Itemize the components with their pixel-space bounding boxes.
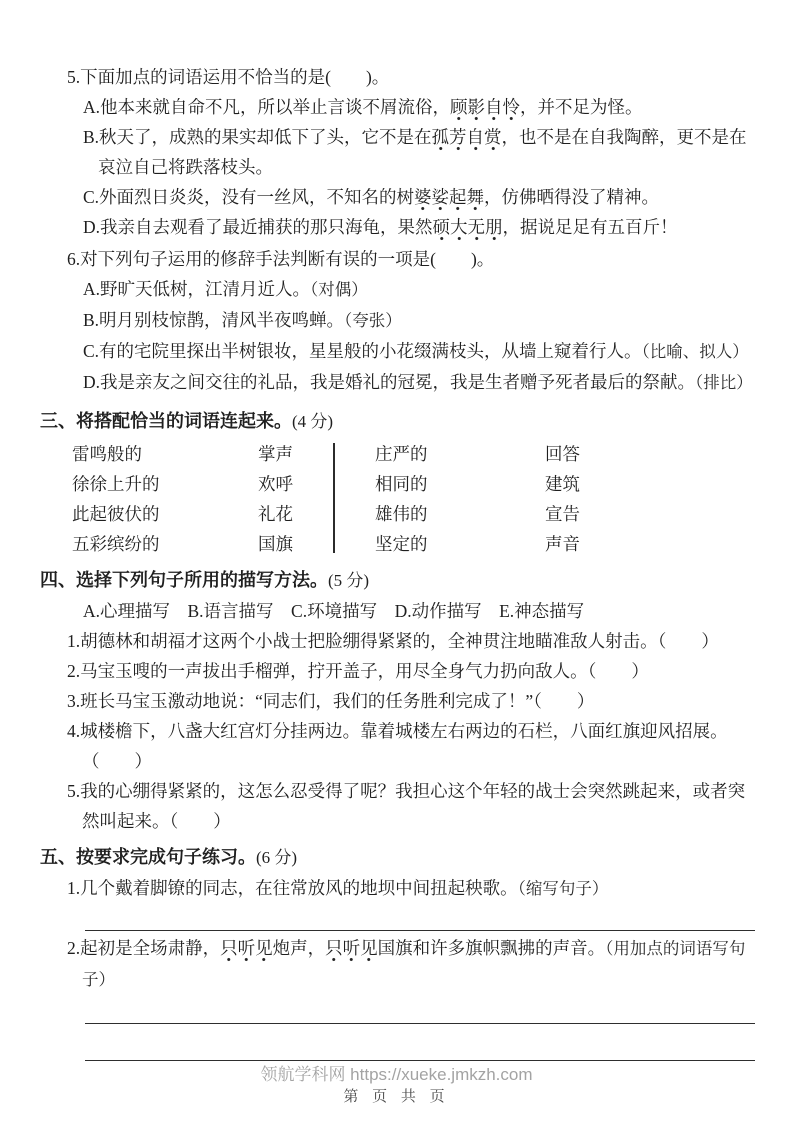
answer-blank-line[interactable]	[85, 1024, 755, 1061]
rhetoric-note: （排比）	[695, 373, 753, 392]
rhetoric-note: （对偶）	[310, 280, 368, 299]
question-5-option-c: C.外面烈日炎炎，没有一丝风，不知名的树婆娑起舞，仿佛晒得没了精神。	[40, 182, 755, 212]
section-5-item-2: 2.起初是全场肃静，只听见炮声，只听见国旗和许多旗帜飘拂的声音。（用加点的词语写…	[40, 933, 755, 995]
match-word: 徐徐上升的	[72, 469, 258, 499]
option-text: D.我亲自去观看了最近捕获的那只海龟，果然	[83, 217, 433, 237]
page-footer: 领航学科网 https://xueke.jmkzh.com 第 页 共 页	[0, 1064, 793, 1108]
section-4: 四、选择下列句子所用的描写方法。(5 分) A.心理描写 B.语言描写 C.环境…	[40, 565, 755, 836]
option-text: ，仿佛晒得没了精神。	[484, 187, 659, 207]
match-word: 掌声	[258, 439, 375, 469]
watermark-text: 领航学科网 https://xueke.jmkzh.com	[0, 1064, 793, 1086]
option-text: A.野旷天低树，江清月近人。	[83, 279, 310, 299]
score-label: (6 分)	[256, 848, 297, 867]
match-word: 庄严的	[375, 439, 545, 469]
section-4-item-1: 1.胡德林和胡福才这两个小战士把脸绷得紧紧的，全神贯注地瞄准敌人射击。（ ）	[40, 626, 755, 656]
option-text: B.秋天了，成熟的果实却低下了头，它不是在	[83, 127, 432, 147]
answer-blank-line[interactable]	[85, 904, 755, 931]
option-text: ，据说足足有五百斤！	[503, 217, 678, 237]
option-text: C.外面烈日炎炎，没有一丝风，不知名的树	[83, 187, 414, 207]
question-6-stem: 6.对下列句子运用的修辞手法判断有误的一项是( )。	[40, 244, 755, 274]
match-word: 雄伟的	[375, 499, 545, 529]
section-3-heading: 三、将搭配恰当的词语连起来。(4 分)	[40, 406, 755, 437]
section-4-heading: 四、选择下列句子所用的描写方法。(5 分)	[40, 565, 755, 596]
rhetoric-note: （夸张）	[344, 311, 402, 330]
match-word: 五彩缤纷的	[72, 529, 258, 559]
rhetoric-note: （比喻、拟人）	[642, 342, 749, 361]
section-4-item-2: 2.马宝玉嗖的一声拔出手榴弹，拧开盖子，用尽全身气力扔向敌人。（ ）	[40, 656, 755, 686]
question-5-option-d: D.我亲自去观看了最近捕获的那只海龟，果然硕大无朋，据说足足有五百斤！	[40, 212, 755, 242]
question-6-option-a: A.野旷天低树，江清月近人。（对偶）	[40, 274, 755, 305]
emphasized-word: 婆娑起舞	[414, 187, 484, 211]
match-word: 宣告	[545, 499, 755, 529]
heading-text: 三、将搭配恰当的词语连起来。	[40, 411, 292, 431]
option-text: C.有的宅院里探出半树银妆，星星般的小花缀满枝头，从墙上窥着行人。	[83, 341, 642, 361]
question-6: 6.对下列句子运用的修辞手法判断有误的一项是( )。 A.野旷天低树，江清月近人…	[40, 244, 755, 398]
option-text: D.我是亲友之间交往的礼品，我是婚礼的冠冕，我是生者赠予死者最后的祭献。	[83, 372, 695, 392]
page-indicator: 第 页 共 页	[0, 1086, 793, 1108]
match-word: 相同的	[375, 469, 545, 499]
answer-blank-line[interactable]	[85, 997, 755, 1024]
match-word: 回答	[545, 439, 755, 469]
match-row: 徐徐上升的欢呼相同的建筑	[72, 469, 755, 499]
method-options: A.心理描写 B.语言描写 C.环境描写 D.动作描写 E.神态描写	[40, 596, 755, 626]
match-word: 礼花	[258, 499, 375, 529]
score-label: (4 分)	[292, 412, 333, 431]
heading-text: 四、选择下列句子所用的描写方法。	[40, 570, 328, 590]
match-row: 五彩缤纷的国旗坚定的声音	[72, 529, 755, 559]
match-word: 坚定的	[375, 529, 545, 559]
section-3: 三、将搭配恰当的词语连起来。(4 分) 雷鸣般的掌声庄严的回答 徐徐上升的欢呼相…	[40, 406, 755, 559]
item-text: 2.起初是全场肃静，	[67, 938, 220, 958]
question-6-option-c: C.有的宅院里探出半树银妆，星星般的小花缀满枝头，从墙上窥着行人。（比喻、拟人）	[40, 336, 755, 367]
question-5-stem: 5.下面加点的词语运用不恰当的是( )。	[40, 62, 755, 92]
match-table: 雷鸣般的掌声庄严的回答 徐徐上升的欢呼相同的建筑 此起彼伏的礼花雄伟的宣告 五彩…	[40, 439, 755, 559]
emphasized-word: 孤芳自赏	[432, 127, 502, 151]
question-6-option-b: B.明月别枝惊鹊，清风半夜鸣蝉。（夸张）	[40, 305, 755, 336]
question-5: 5.下面加点的词语运用不恰当的是( )。 A.他本来就自命不凡，所以举止言谈不屑…	[40, 62, 755, 242]
match-word: 国旗	[258, 529, 375, 559]
emphasized-word: 只听见	[220, 938, 273, 962]
section-5-item-1: 1.几个戴着脚镣的同志，在往常放风的地坝中间扭起秧歌。（缩写句子）	[40, 873, 755, 904]
question-6-option-d: D.我是亲友之间交往的礼品，我是婚礼的冠冕，我是生者赠予死者最后的祭献。（排比）	[40, 367, 755, 398]
match-word: 建筑	[545, 469, 755, 499]
emphasized-word: 顾影自怜	[450, 97, 520, 121]
section-4-item-3: 3.班长马宝玉激动地说：“同志们，我们的任务胜利完成了！”（ ）	[40, 686, 755, 716]
match-word: 声音	[545, 529, 755, 559]
item-text: 1.几个戴着脚镣的同志，在往常放风的地坝中间扭起秧歌。	[67, 878, 518, 898]
section-4-item-5: 5.我的心绷得紧紧的，这怎么忍受得了呢？我担心这个年轻的战士会突然跳起来，或者突…	[40, 776, 755, 836]
item-text: 国旗和许多旗帜飘拂的声音。	[378, 938, 606, 958]
match-row: 此起彼伏的礼花雄伟的宣告	[72, 499, 755, 529]
question-5-option-a: A.他本来就自命不凡，所以举止言谈不屑流俗，顾影自怜，并不足为怪。	[40, 92, 755, 122]
question-5-option-b: B.秋天了，成熟的果实却低下了头，它不是在孤芳自赏，也不是在自我陶醉，更不是在哀…	[40, 122, 755, 182]
option-text: ，并不足为怪。	[520, 97, 643, 117]
option-text: A.他本来就自命不凡，所以举止言谈不屑流俗，	[83, 97, 450, 117]
option-text: B.明月别枝惊鹊，清风半夜鸣蝉。	[83, 310, 344, 330]
instruction-note: （缩写句子）	[518, 879, 609, 898]
match-row: 雷鸣般的掌声庄严的回答	[72, 439, 755, 469]
match-word: 欢呼	[258, 469, 375, 499]
emphasized-word: 硕大无朋	[433, 217, 503, 241]
item-text: 炮声，	[273, 938, 326, 958]
exam-page: 5.下面加点的词语运用不恰当的是( )。 A.他本来就自命不凡，所以举止言谈不屑…	[0, 0, 793, 1122]
match-word: 雷鸣般的	[72, 439, 258, 469]
section-5-heading: 五、按要求完成句子练习。(6 分)	[40, 842, 755, 873]
match-divider	[333, 443, 335, 553]
section-5: 五、按要求完成句子练习。(6 分) 1.几个戴着脚镣的同志，在往常放风的地坝中间…	[40, 842, 755, 1061]
match-word: 此起彼伏的	[72, 499, 258, 529]
heading-text: 五、按要求完成句子练习。	[40, 847, 256, 867]
emphasized-word: 只听见	[325, 938, 378, 962]
section-4-item-4: 4.城楼檐下，八盏大红宫灯分挂两边。靠着城楼左右两边的石栏，八面红旗迎风招展。（…	[40, 716, 755, 776]
score-label: (5 分)	[328, 571, 369, 590]
